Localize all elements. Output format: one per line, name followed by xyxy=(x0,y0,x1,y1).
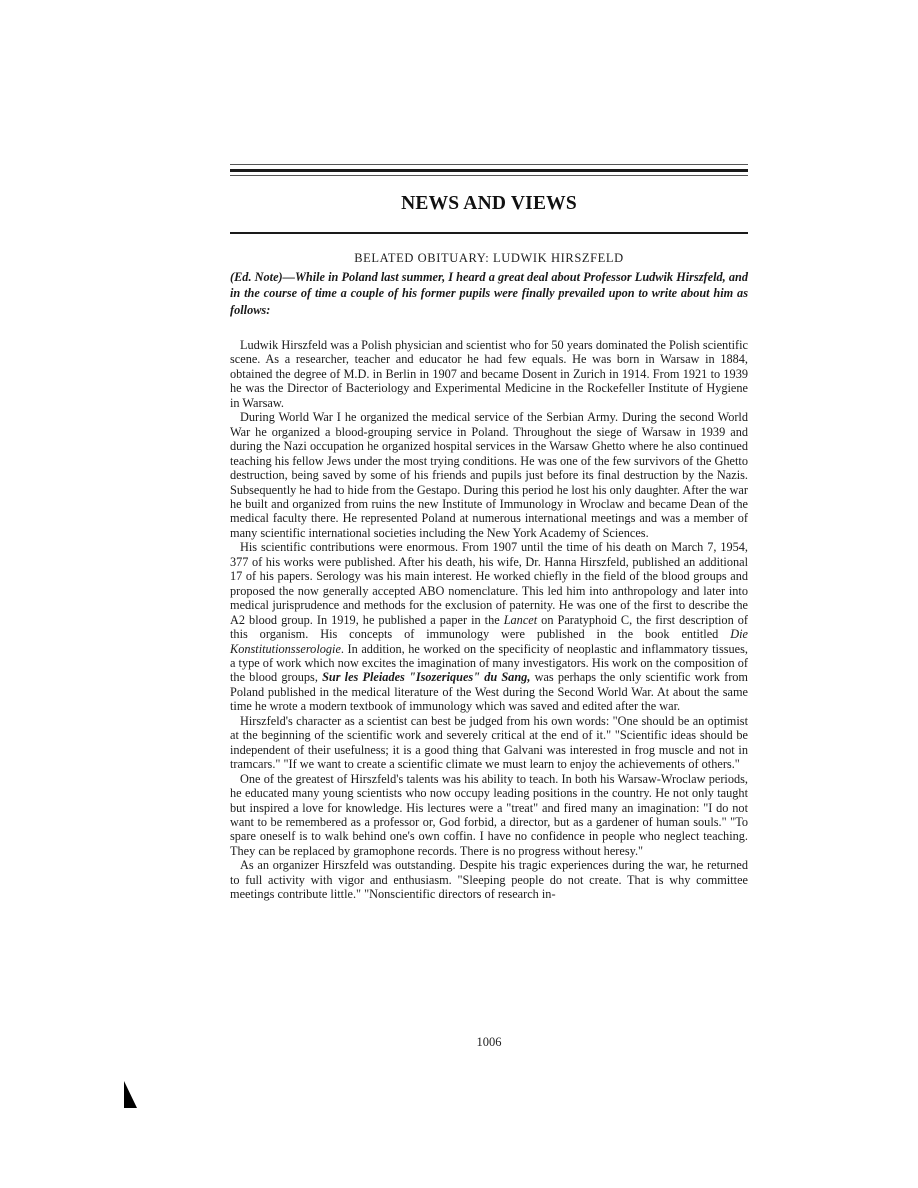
article-title: BELATED OBITUARY: LUDWIK HIRSZFELD xyxy=(230,251,748,266)
header-rule-thick xyxy=(230,169,748,172)
paragraph-biography: Ludwik Hirszfeld was a Polish physician … xyxy=(230,338,748,410)
paragraph-character: Hirszfeld's character as a scientist can… xyxy=(230,714,748,772)
editor-note: (Ed. Note)—While in Poland last summer, … xyxy=(230,269,748,318)
section-title-underline xyxy=(230,232,748,234)
paragraph-contributions: His scientific contributions were enormo… xyxy=(230,540,748,713)
header-rule-bottom xyxy=(230,175,748,176)
mouse-pointer-icon xyxy=(124,1081,138,1109)
journal-title-lancet: Lancet xyxy=(504,613,537,627)
header-rule-top xyxy=(230,164,748,165)
section-title: NEWS AND VIEWS xyxy=(230,193,748,215)
work-title: Sur les Pleiades "Isozeriques" du Sang, xyxy=(322,670,530,684)
paragraph-teaching: One of the greatest of Hirszfeld's talen… xyxy=(230,772,748,859)
page-number: 1006 xyxy=(230,1035,748,1050)
paragraph-organizer: As an organizer Hirszfeld was outstandin… xyxy=(230,858,748,901)
paragraph-war-years: During World War I he organized the medi… xyxy=(230,410,748,540)
document-page: NEWS AND VIEWS BELATED OBITUARY: LUDWIK … xyxy=(0,0,918,1188)
article-body: Ludwik Hirszfeld was a Polish physician … xyxy=(230,338,748,902)
